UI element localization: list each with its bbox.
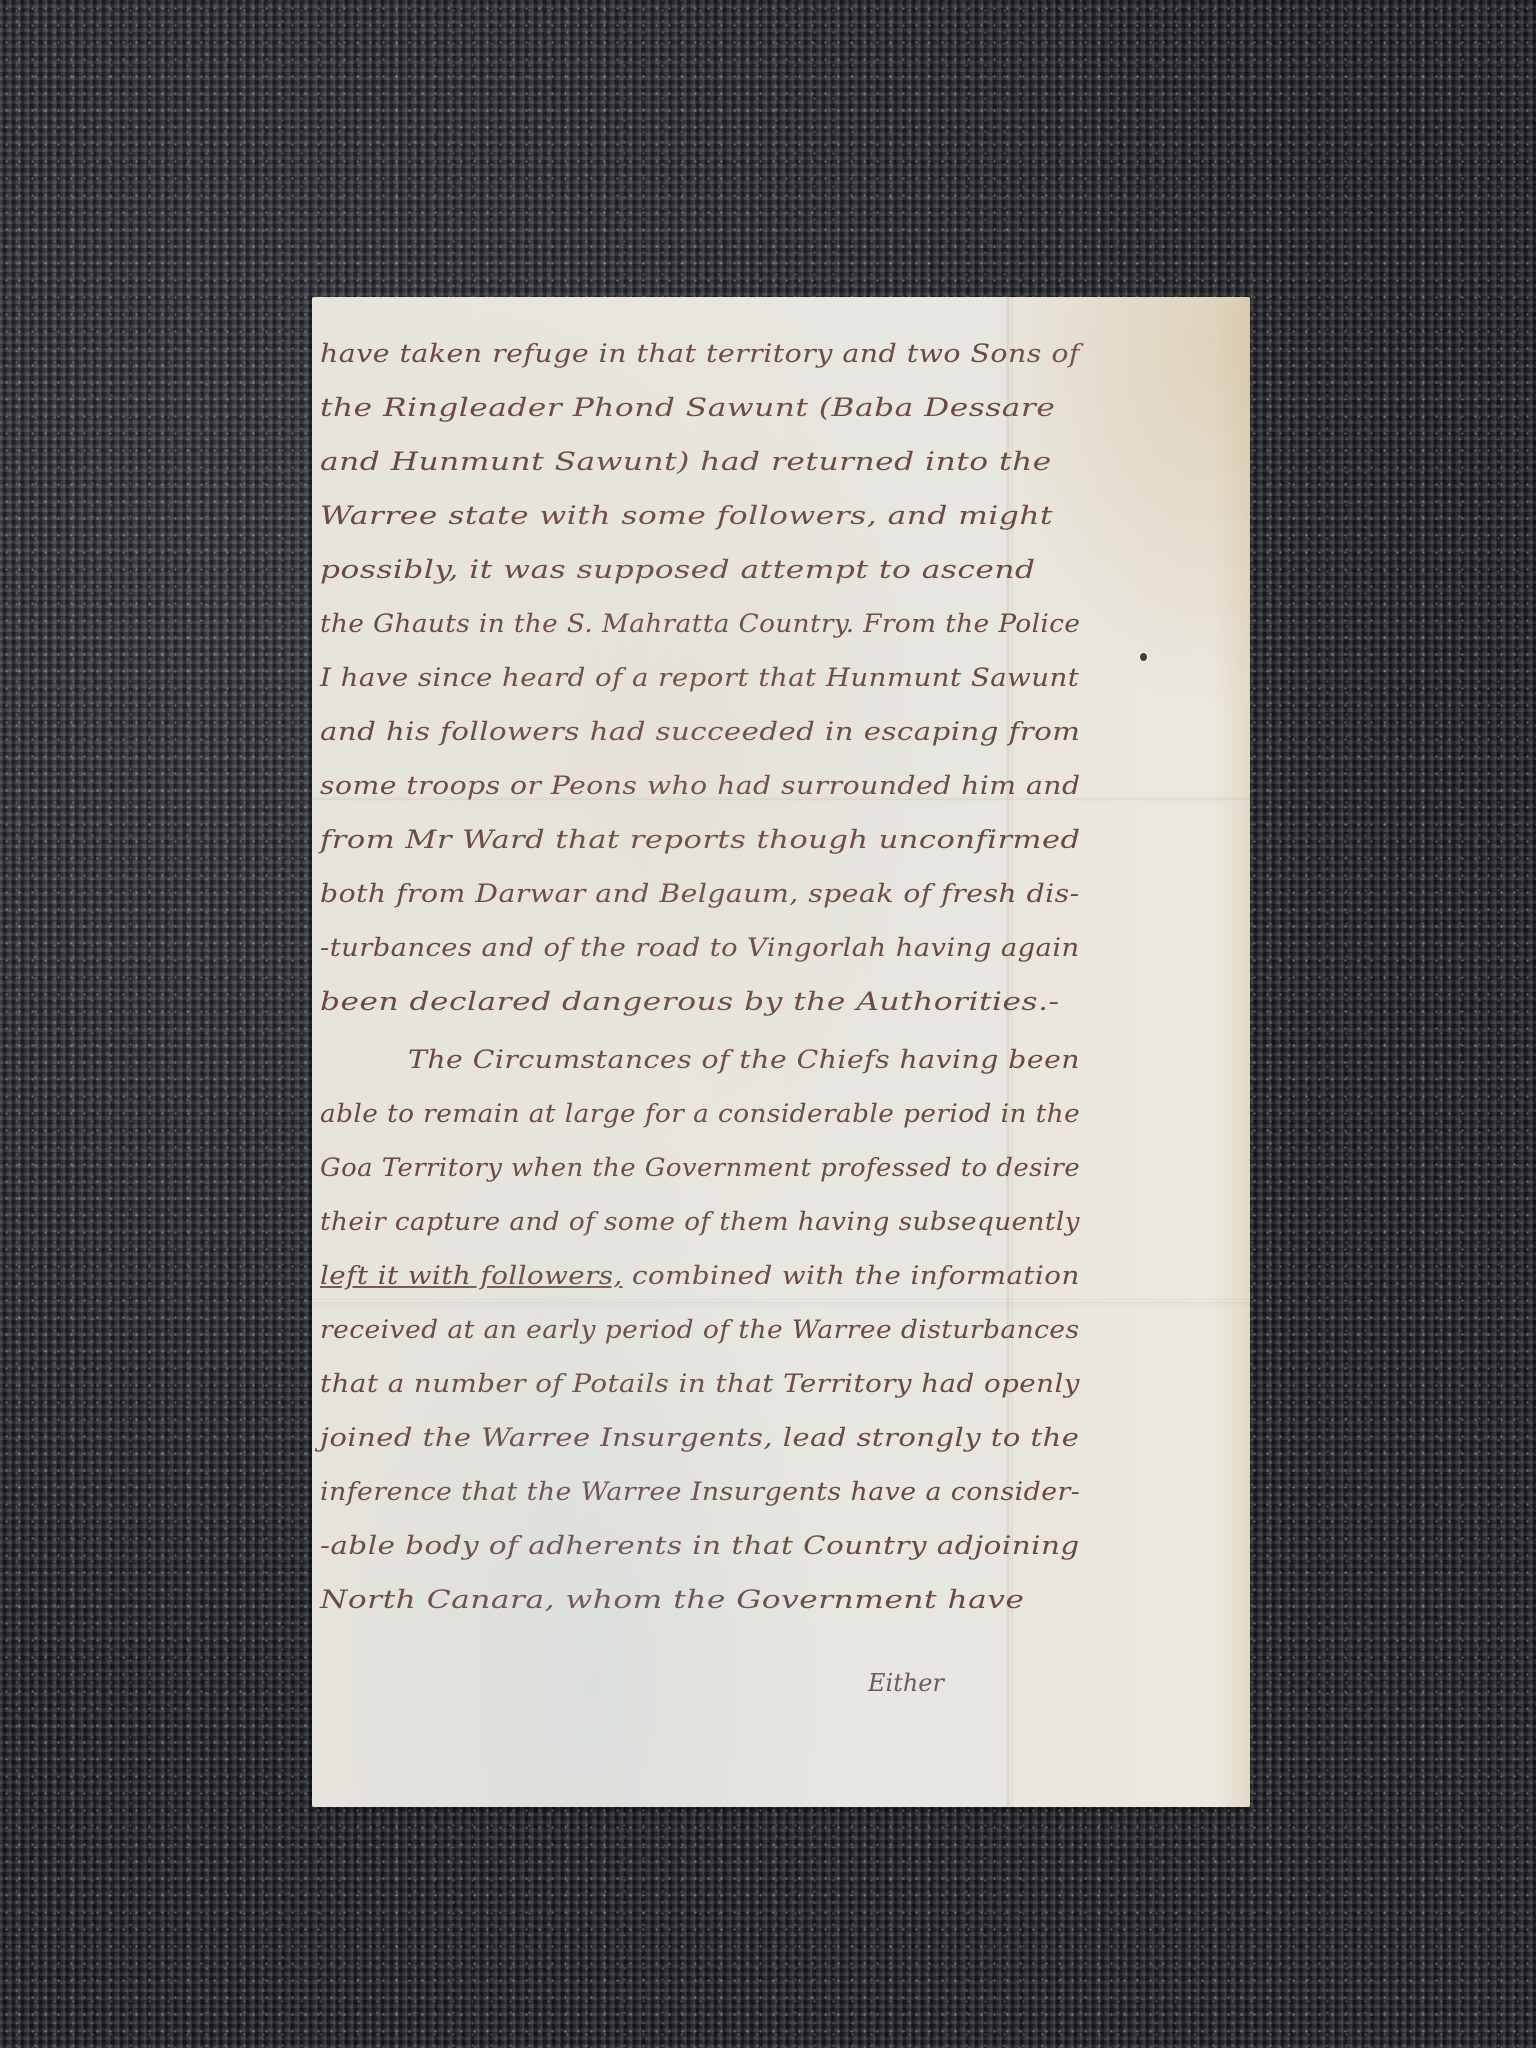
text-line: Warree state with some followers, and mi… [320, 501, 1053, 530]
text-line: their capture and of some of them having… [320, 1207, 1080, 1236]
text-line: and his followers had succeeded in escap… [320, 717, 1080, 746]
text-line: -able body of adherents in that Country … [320, 1531, 1080, 1560]
text-line: that a number of Potails in that Territo… [320, 1369, 1080, 1398]
text-line: I have since heard of a report that Hunm… [320, 663, 1079, 692]
text-line: the Ringleader Phond Sawunt (Baba Dessar… [320, 393, 1055, 422]
underlined-phrase: left it with followers, [320, 1261, 623, 1290]
letter-page: have taken refuge in that territory and … [312, 297, 1250, 1807]
catchword: Either [868, 1669, 944, 1697]
text-line-with-underline: left it with followers, combined with th… [320, 1261, 1080, 1290]
text-line: some troops or Peons who had surrounded … [320, 771, 1081, 800]
text-line: able to remain at large for a considerab… [320, 1099, 1080, 1128]
text-line: the Ghauts in the S. Mahratta Country. F… [320, 609, 1080, 638]
text-line: possibly, it was supposed attempt to asc… [320, 555, 1036, 584]
text-line: from Mr Ward that reports though unconfi… [320, 825, 1081, 854]
text-line: have taken refuge in that territory and … [320, 339, 1080, 368]
text-line: -turbances and of the road to Vingorlah … [320, 933, 1080, 962]
text-line: North Canara, whom the Government have [320, 1585, 1024, 1614]
text-line: and Hunmunt Sawunt) had returned into th… [320, 447, 1052, 476]
paragraph-start-line: The Circumstances of the Chiefs having b… [408, 1045, 1080, 1074]
text-line: Goa Territory when the Government profes… [320, 1153, 1080, 1182]
text-line: both from Darwar and Belgaum, speak of f… [320, 879, 1080, 908]
text-line-rest: combined with the information [623, 1261, 1080, 1290]
text-line: received at an early period of the Warre… [320, 1315, 1080, 1344]
pin-hole [1140, 653, 1147, 661]
text-line: joined the Warree Insurgents, lead stron… [320, 1423, 1079, 1452]
text-line: been declared dangerous by the Authoriti… [320, 987, 1060, 1016]
horizontal-fold-line-lower [312, 1299, 1250, 1301]
text-line: inference that the Warree Insurgents hav… [320, 1477, 1080, 1506]
